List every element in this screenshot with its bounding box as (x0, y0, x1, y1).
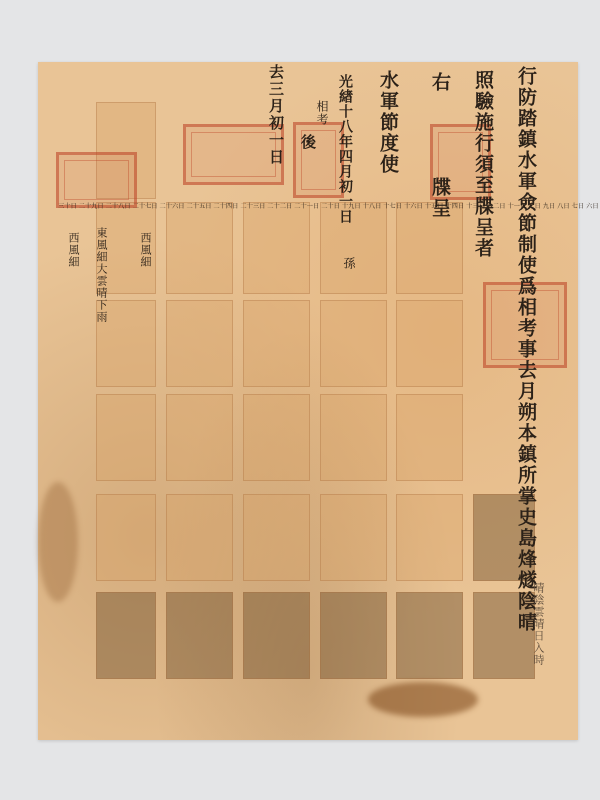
document-paper: 行防踏鎮水軍僉節制使爲相考事去月朔本鎮所掌史島烽燧陰晴 照驗施行須至牒呈者 右 … (38, 62, 578, 740)
text-column: 照驗施行須至牒呈者 (473, 70, 492, 259)
edge-stain (38, 482, 78, 602)
signature: 孫 (343, 257, 355, 270)
weather-note: 西風細 (68, 232, 79, 268)
weather-note: 西風細 (140, 232, 151, 268)
text-column-main: 行防踏鎮水軍僉節制使爲相考事去月朔本鎮所掌史島烽燧陰晴 (516, 66, 535, 633)
day-row: 三十日 二十九日 二十八日 二十七日 二十六日 二十五日 二十四日 二十三日 二… (58, 202, 308, 213)
faint-note: 晴陰雲晴日入時 (533, 582, 544, 666)
weather-note: 東風細大雲晴下雨 (96, 227, 107, 323)
water-stain (368, 682, 478, 717)
text-column: 後 (300, 134, 315, 151)
recipient-column: 水軍節度使 (378, 70, 397, 175)
date-column: 光緖十八年四月初一日 (338, 74, 352, 224)
day-row-text: 三十日 二十九日 二十八日 二十七日 二十六日 二十五日 二十四日 二十三日 二… (58, 202, 253, 211)
text-column: 牒呈 (430, 177, 449, 219)
date-column: 去三月初一日 (268, 64, 283, 166)
text-column: 相考 (316, 100, 328, 126)
seal-stamp (56, 152, 137, 208)
text-column: 右 (430, 72, 449, 93)
